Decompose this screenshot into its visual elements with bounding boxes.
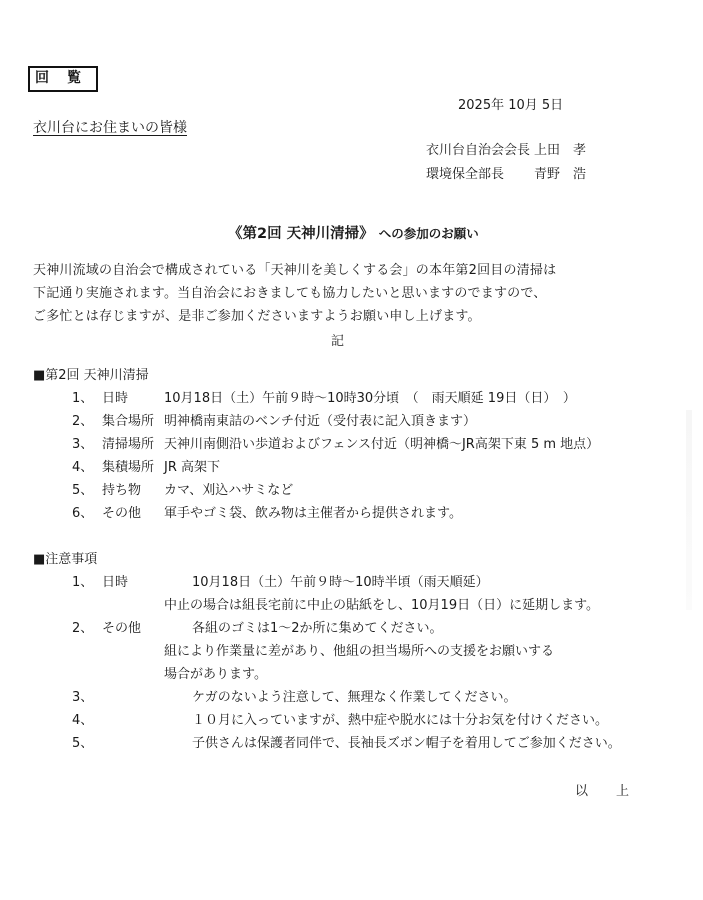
notes-item-other-cont-2: 場合があります。 [164, 663, 267, 682]
sender-name: 上田 孝 [534, 139, 586, 158]
intro-line-3: ご多忙とは存じますが、是非ご参加くださいますようお願い申し上げます。 [33, 305, 481, 324]
notes-item-children: 5、子供さんは保護者同伴で、長袖長ズボン帽子を着用してご参加ください。 [72, 732, 621, 751]
notes-item-datetime: 1、日時10月18日（土）午前９時～10時半頃（雨天順延） [72, 571, 489, 590]
sender-role: 衣川台自治会会長 [426, 139, 534, 158]
cleanup-item-other: 6、その他軍手やゴミ袋、飲み物は主催者から提供されます。 [72, 502, 462, 521]
cleanup-item-meeting-place: 2、集合場所明神橋南東詰のベンチ付近（受付表に記入頂きます） [72, 410, 476, 429]
document-title: 《第2回 天神川清掃》 への参加のお願い [228, 222, 479, 243]
circular-label-box: 回覧 [28, 66, 98, 92]
intro-line-1: 天神川流域の自治会で構成されている「天神川を美しくする会」の本年第2回目の清掃は [33, 259, 556, 278]
document-date: 2025年 10月 5日 [458, 94, 563, 113]
title-sub: への参加のお願い [379, 226, 479, 241]
title-main: 《第2回 天神川清掃》 [228, 226, 374, 242]
notes-item-datetime-cont: 中止の場合は組長宅前に中止の貼紙をし、10月19日（日）に延期します。 [164, 594, 599, 613]
sender-1: 衣川台自治会会長上田 孝 [426, 139, 586, 158]
addressee: 衣川台にお住まいの皆様 [33, 117, 187, 137]
notes-item-other: 2、その他各組のゴミは1～2か所に集めてください。 [72, 617, 443, 636]
section-cleanup-heading: ■第2回 天神川清掃 [33, 364, 149, 383]
section-notes-heading: ■注意事項 [33, 548, 97, 567]
sender-2: 環境保全部長青野 浩 [426, 163, 586, 182]
sender-name: 青野 浩 [534, 163, 586, 182]
closing-mark: 以上 [575, 780, 629, 799]
notes-item-heatstroke: 4、１０月に入っていますが、熱中症や脱水には十分お気を付けください。 [72, 709, 608, 728]
notes-item-other-cont-1: 組により作業量に差があり、他組の担当場所への支援をお願いする [164, 640, 554, 659]
ki-marker: 記 [331, 330, 344, 349]
scan-artifact [686, 410, 692, 610]
sender-role: 環境保全部長 [426, 163, 534, 182]
circular-label-char-2: 覧 [67, 70, 81, 86]
cleanup-item-datetime: 1、日時10月18日（土）午前９時～10時30分頃 （ 雨天順延 19日（日） … [72, 387, 576, 406]
intro-line-2: 下記通り実施されます。当自治会におきましても協力したいと思いますのでますので、 [33, 282, 547, 301]
cleanup-item-collection-point: 4、集積場所JR 高架下 [72, 456, 220, 475]
notes-item-safety: 3、ケガのないよう注意して、無理なく作業してください。 [72, 686, 516, 705]
circular-label-char-1: 回 [35, 70, 49, 86]
cleanup-item-belongings: 5、持ち物カマ、刈込ハサミなど [72, 479, 293, 498]
cleanup-item-location: 3、清掃場所天神川南側沿い歩道およびフェンス付近（明神橋～JR高架下東 5 m … [72, 433, 599, 452]
